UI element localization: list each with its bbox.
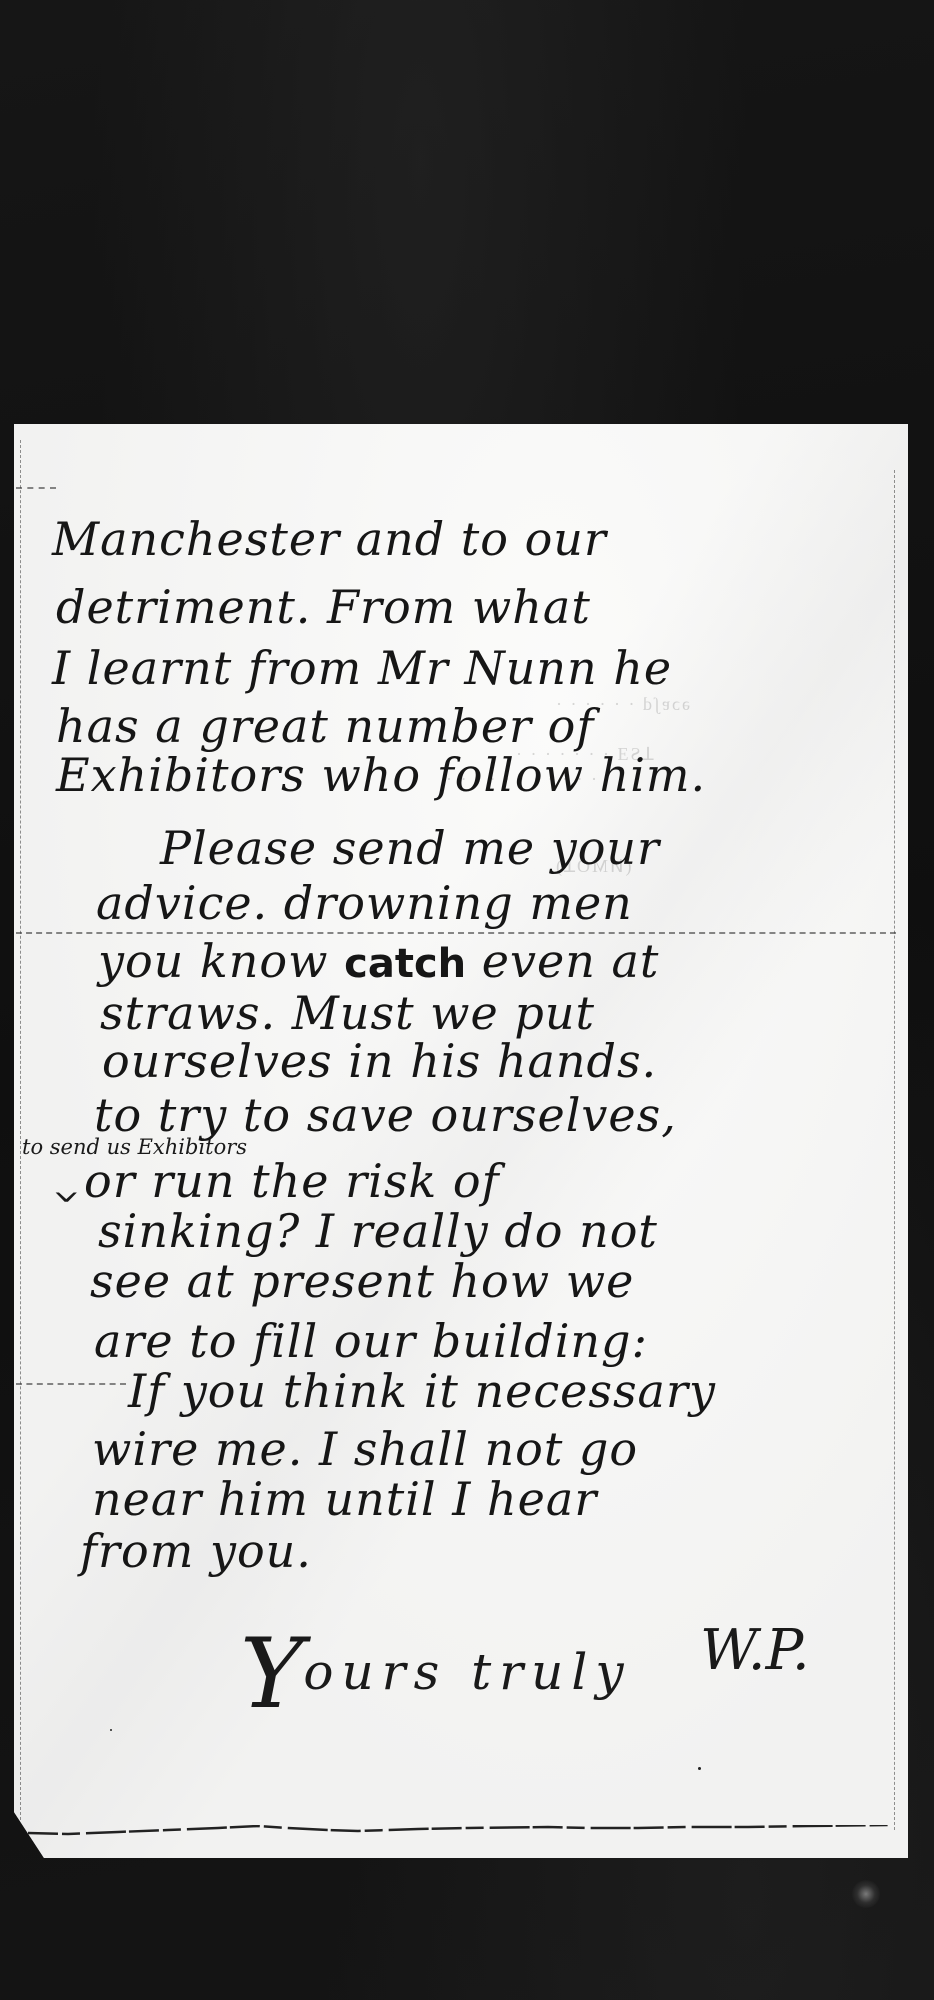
letter-line-19: from you.: [80, 1528, 312, 1574]
letter-line-10: ourselves in his hands.: [102, 1038, 657, 1084]
line-8-pre: you know: [98, 934, 344, 988]
letter-line-18: near him until I hear: [92, 1476, 597, 1522]
letter-line-4: has a great number of: [56, 703, 594, 749]
letter-line-7: advice. drowning men: [96, 880, 633, 926]
letter-line-16: If you think it necessary: [128, 1368, 716, 1414]
letter-line-2: detriment. From what: [56, 584, 591, 630]
insertion-caret: ^: [52, 1168, 81, 1208]
emphasized-word-catch: catch: [344, 941, 466, 987]
letter-line-12: or run the risk of: [84, 1158, 500, 1204]
letter-line-9: straws. Must we put: [100, 990, 595, 1036]
letter-line-15: are to fill our building:: [94, 1318, 648, 1364]
closing-initial: Y: [240, 1618, 303, 1730]
letter-line-5: Exhibitors who follow him.: [56, 752, 706, 798]
letter-closing: Yours truly: [240, 1600, 632, 1712]
letter-line-1: Manchester and to our: [52, 516, 607, 562]
closing-rest: ours truly: [303, 1643, 631, 1701]
line-8-post: even at: [466, 934, 659, 988]
letter-line-17: wire me. I shall not go: [92, 1426, 638, 1472]
letter-line-6: Please send me your: [160, 825, 660, 871]
letter-line-13: sinking? I really do not: [98, 1208, 658, 1254]
letter-body: Manchester and to our detriment. From wh…: [0, 0, 934, 2000]
letter-line-8: you know catch even at: [98, 938, 659, 984]
letter-line-14: see at present how we: [90, 1258, 634, 1304]
letter-line-11: to try to save ourselves,: [94, 1092, 677, 1138]
letter-line-3: I learnt from Mr Nunn he: [52, 645, 672, 691]
signature-initials: W.P.: [700, 1618, 810, 1683]
